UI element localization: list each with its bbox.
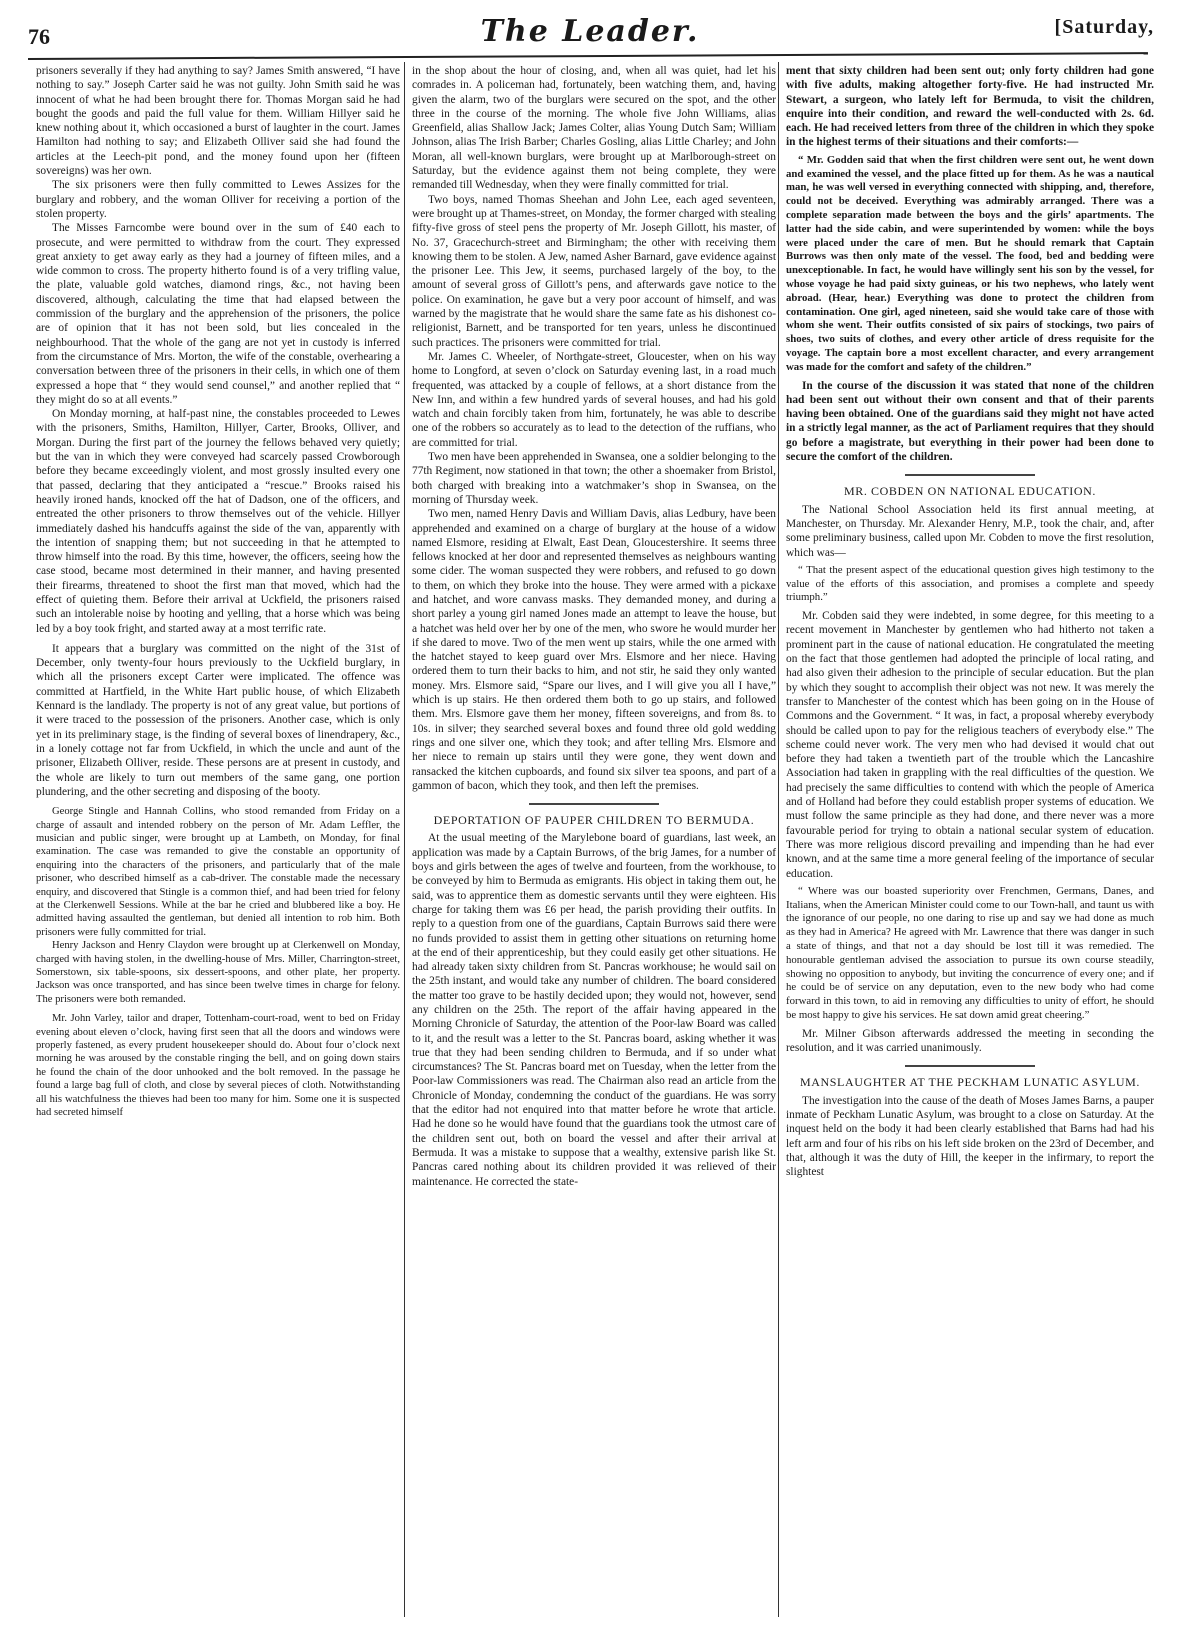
section-separator (905, 1065, 1035, 1067)
column-1: prisoners severally if they had anything… (36, 64, 400, 1119)
article-paragraph: It appears that a burglary was committed… (36, 642, 400, 799)
article-paragraph: Henry Jackson and Henry Claydon were bro… (36, 939, 400, 1006)
article-paragraph: Mr. James C. Wheeler, of Northgate-stree… (412, 350, 776, 450)
article-paragraph: Mr. Cobden said they were indebted, in s… (786, 609, 1154, 881)
article-paragraph: Mr. Milner Gibson afterwards addressed t… (786, 1027, 1154, 1056)
article-paragraph: George Stingle and Hannah Collins, who s… (36, 805, 400, 939)
headline-deportation: Deportation of Pauper Children to Bermud… (412, 813, 776, 827)
article-paragraph: prisoners severally if they had anything… (36, 64, 400, 178)
article-paragraph: At the usual meeting of the Marylebone b… (412, 831, 776, 1188)
article-paragraph: In the course of the discussion it was s… (786, 379, 1154, 465)
article-paragraph: Mr. John Varley, tailor and draper, Tott… (36, 1012, 400, 1119)
article-paragraph: On Monday morning, at half-past nine, th… (36, 407, 400, 636)
quoted-statement: “ Mr. Godden said that when the first ch… (786, 154, 1154, 375)
masthead: 76 The Leader. [Saturday, (0, 0, 1180, 64)
column-divider-2 (778, 62, 779, 1617)
column-3: ment that sixty children had been sent o… (786, 64, 1154, 1179)
article-paragraph: The six prisoners were then fully commit… (36, 178, 400, 221)
column-divider-1 (404, 62, 405, 1617)
article-paragraph: Two boys, named Thomas Sheehan and John … (412, 193, 776, 350)
article-paragraph: The investigation into the cause of the … (786, 1094, 1154, 1180)
dateline: [Saturday, (1055, 16, 1154, 39)
newspaper-title: The Leader. (0, 14, 1180, 49)
masthead-rule (28, 52, 1148, 60)
headline-cobden: Mr. Cobden on National Education. (786, 484, 1154, 498)
headline-peckham: Manslaughter at the Peckham Lunatic Asyl… (786, 1075, 1154, 1089)
article-paragraph: in the shop about the hour of closing, a… (412, 64, 776, 193)
resolution-quote: “ That the present aspect of the educati… (786, 564, 1154, 605)
article-paragraph: The Misses Farncombe were bound over in … (36, 221, 400, 407)
section-separator (529, 803, 659, 805)
section-separator (905, 474, 1035, 476)
article-paragraph: ment that sixty children had been sent o… (786, 64, 1154, 150)
article-paragraph: Two men have been apprehended in Swansea… (412, 450, 776, 507)
article-paragraph: The National School Association held its… (786, 503, 1154, 560)
article-paragraph: Two men, named Henry Davis and William D… (412, 507, 776, 793)
column-2: in the shop about the hour of closing, a… (412, 64, 776, 1189)
speech-quote: “ Where was our boasted superiority over… (786, 885, 1154, 1023)
